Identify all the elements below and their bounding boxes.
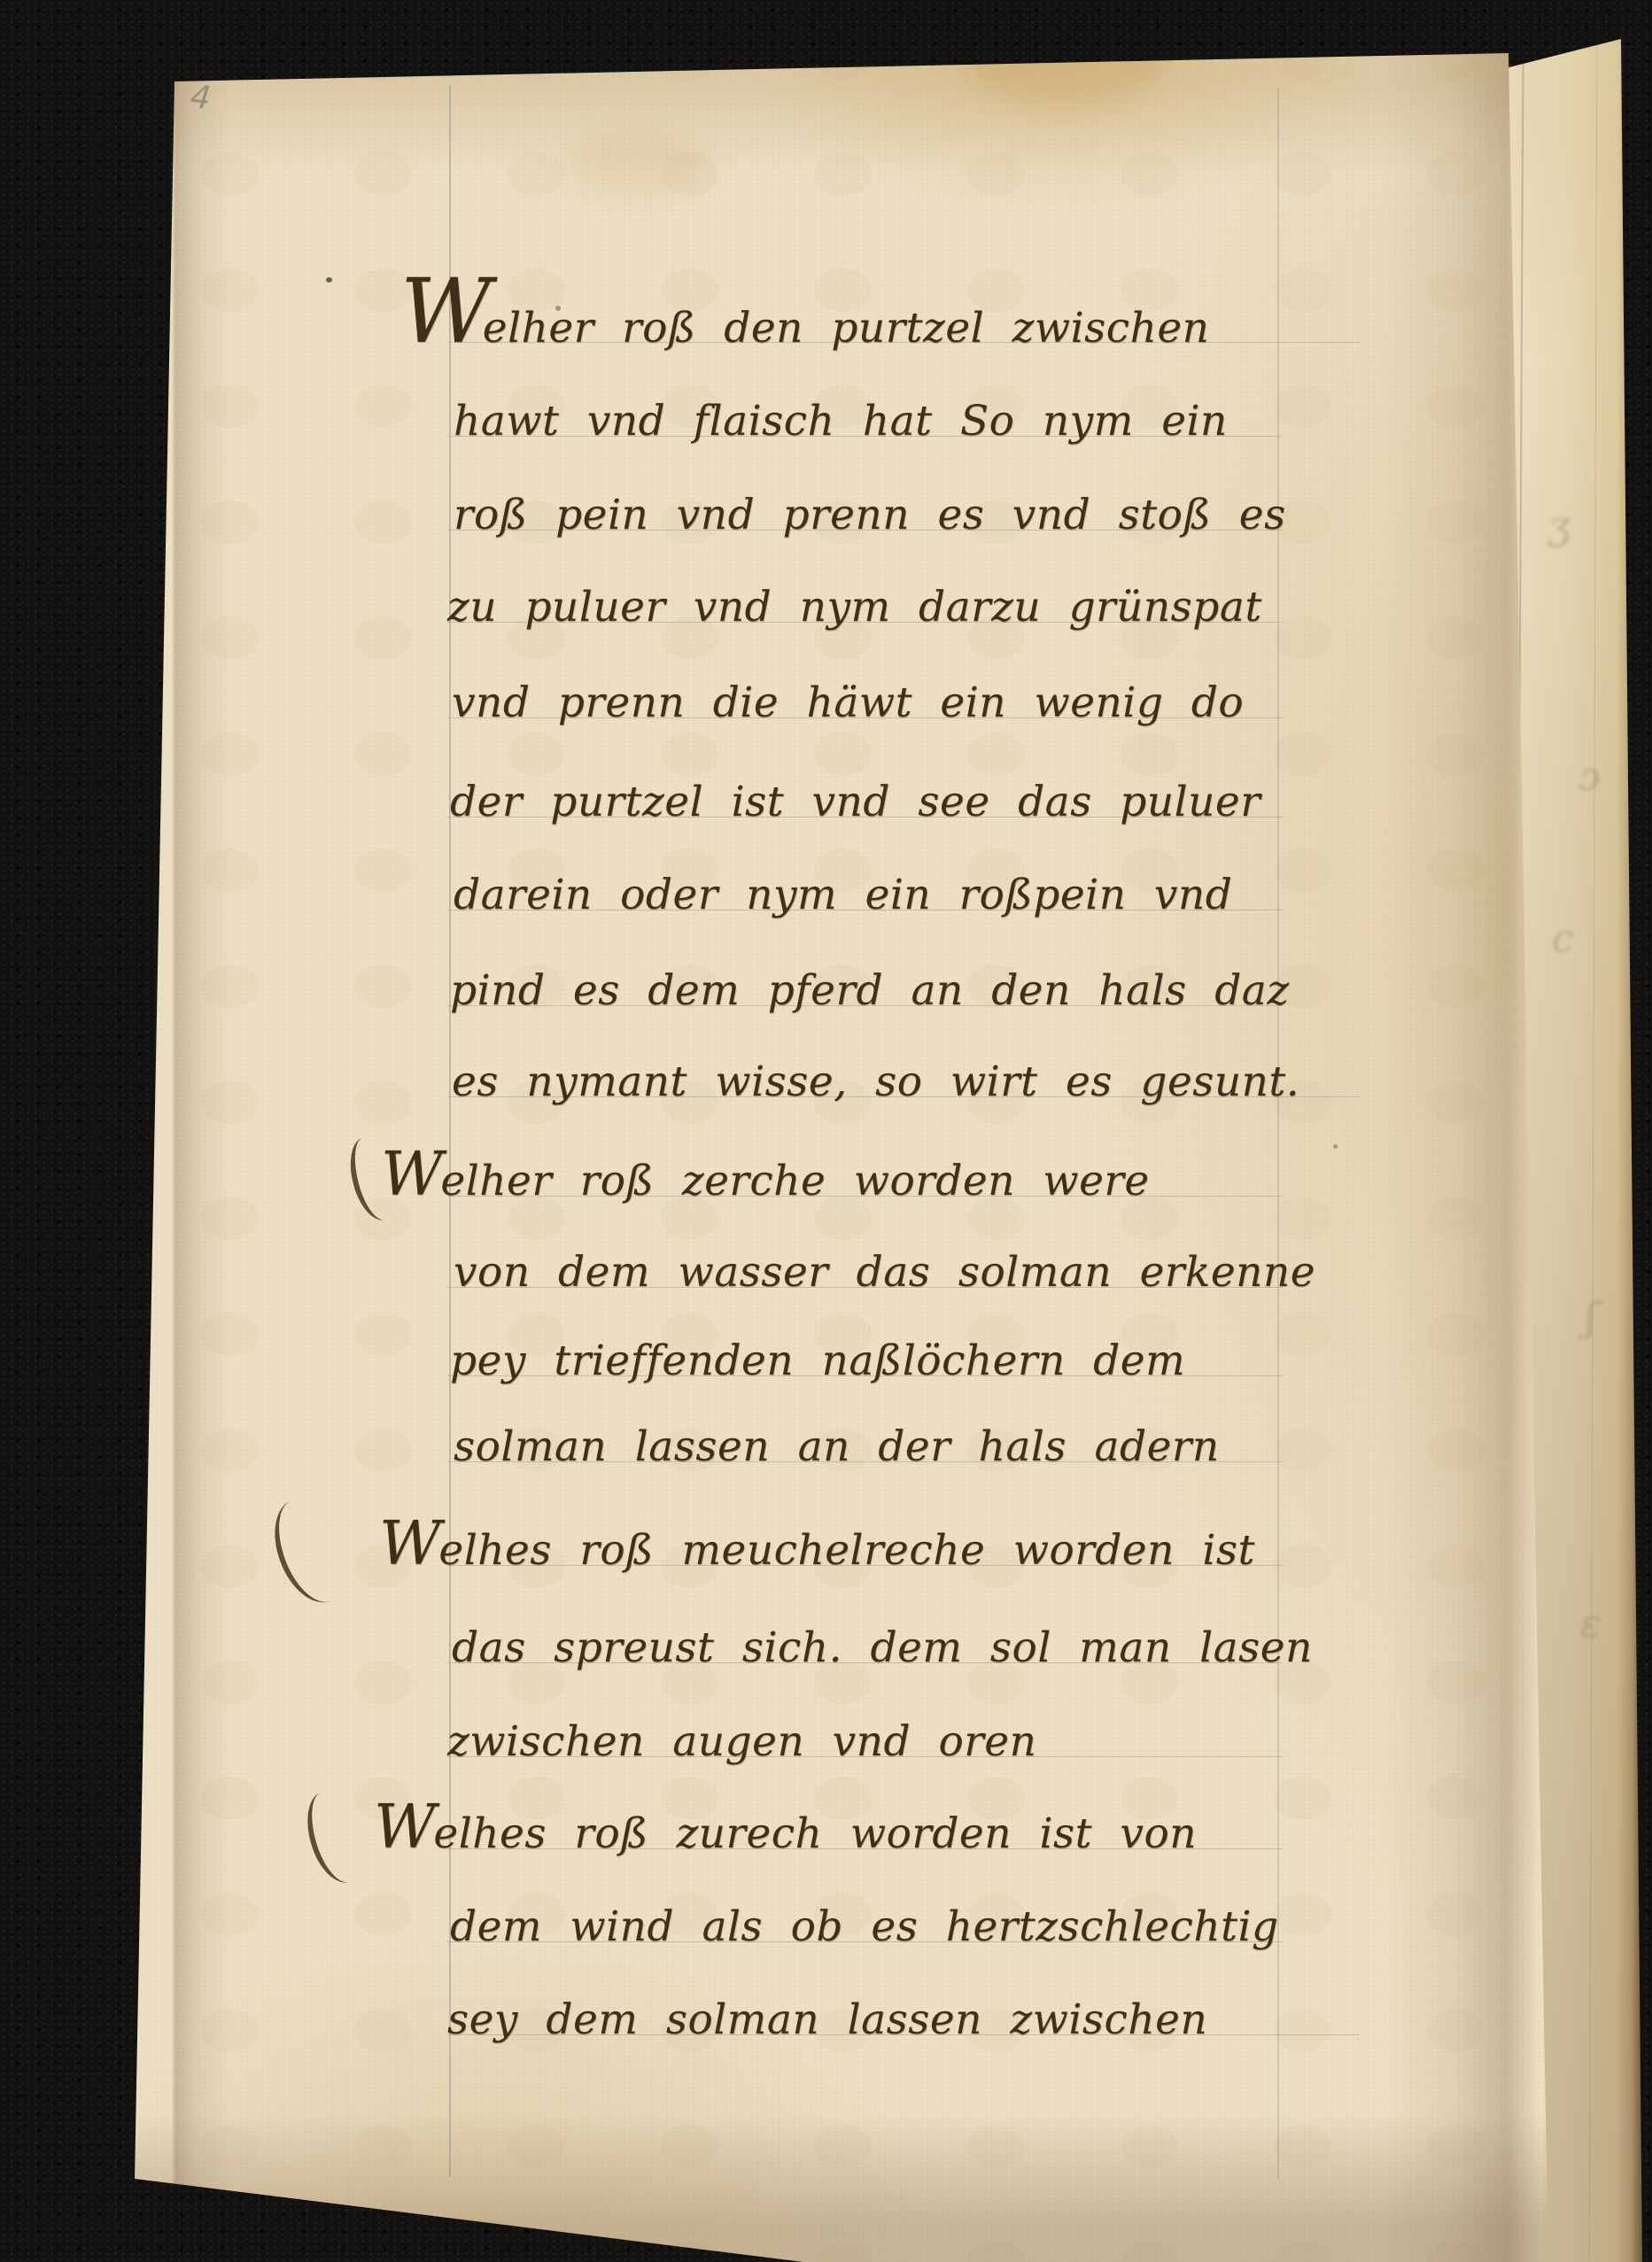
paragraph-initial: W (379, 1509, 441, 1579)
manuscript-page: 4 Welher roß den purtzel zwischen hawt v… (0, 0, 1652, 2262)
margin-ruling-right (1277, 89, 1279, 2179)
text-line: zwischen augen vnd oren (447, 1717, 1036, 1766)
text-line: pind es dem pferd an den hals daz (450, 966, 1290, 1015)
text-line: roß pein vnd prenn es vnd stoß es (454, 491, 1286, 539)
paragraph-initial: W (400, 260, 488, 363)
text-line: vnd prenn die häwt ein wenig do (452, 678, 1244, 727)
margin-ruling-left (449, 85, 451, 2177)
ink-speck (1333, 1144, 1338, 1149)
text-line: das spreust sich. dem sol man lasen (452, 1623, 1313, 1672)
text-line: Welher roß zerche worden were (381, 1140, 1150, 1210)
text-line: es nymant wisse, so wirt es gesunt. (452, 1057, 1299, 1106)
text-line: pey trieffenden naßlöchern dem (450, 1336, 1185, 1385)
text-line: Welher roß den purtzel zwischen (400, 260, 1209, 363)
text-line: der purtzel ist vnd see das puluer (450, 778, 1260, 826)
text-line: solman lassen an der hals adern (454, 1422, 1220, 1471)
initial-flourish (299, 1783, 381, 1889)
text-line: sey dem solman lassen zwischen (447, 1995, 1207, 2044)
text-line: darein oder nym ein roßpein vnd (454, 871, 1232, 919)
text-line: hawt vnd flaisch hat So nym ein (454, 397, 1228, 445)
bleedthrough-mark: ɛ (1580, 1601, 1602, 1646)
initial-flourish (262, 1485, 371, 1613)
manuscript-photo: ʒ ɔ c ʃ ɛ 4 W (0, 0, 1652, 2262)
text-line: dem wind als ob es hertzschlechtig (450, 1902, 1279, 1951)
text-line: zu puluer vnd nym darzu grünspat (447, 583, 1262, 631)
paragraph-initial: W (374, 1793, 436, 1863)
folio-number: 4 (189, 79, 213, 117)
text-line: Welhes roß zurech worden ist von (374, 1793, 1197, 1863)
bleedthrough-mark: ʒ (1548, 503, 1571, 548)
bleedthrough-mark: ɔ (1578, 755, 1601, 800)
text-line: Welhes roß meuchelreche worden ist (379, 1509, 1255, 1579)
bleedthrough-mark: ʃ (1586, 1295, 1596, 1340)
bleedthrough-mark: c (1552, 917, 1574, 962)
ink-speck (326, 277, 332, 283)
paragraph-initial: W (381, 1140, 443, 1210)
text-line: von dem wasser das solman erkenne (454, 1248, 1315, 1297)
page-fold-crease (1589, 44, 1598, 2262)
paper-stain (567, 133, 709, 195)
